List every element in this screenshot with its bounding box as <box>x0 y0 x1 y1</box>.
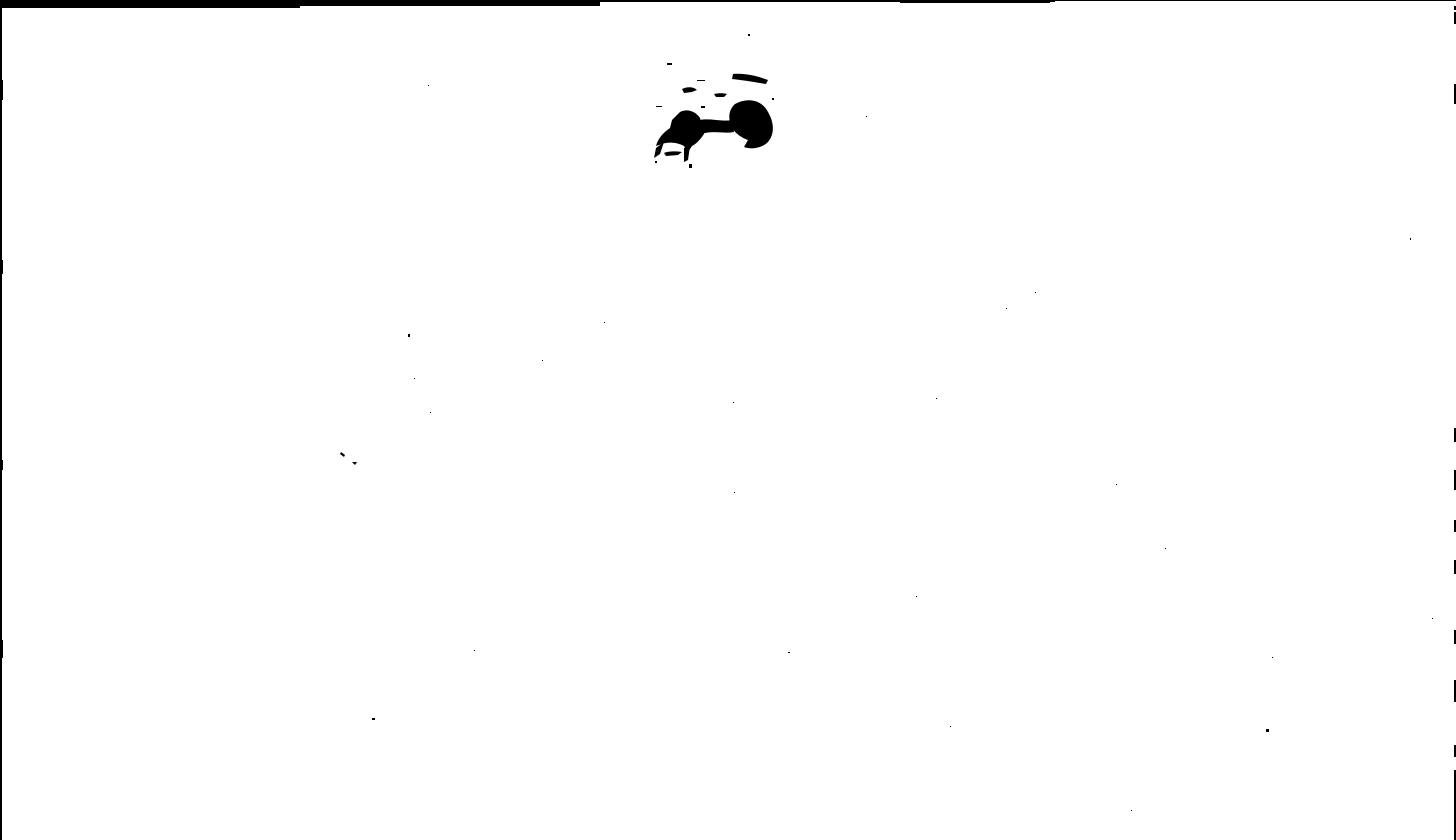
binarized-photo <box>0 0 1456 840</box>
